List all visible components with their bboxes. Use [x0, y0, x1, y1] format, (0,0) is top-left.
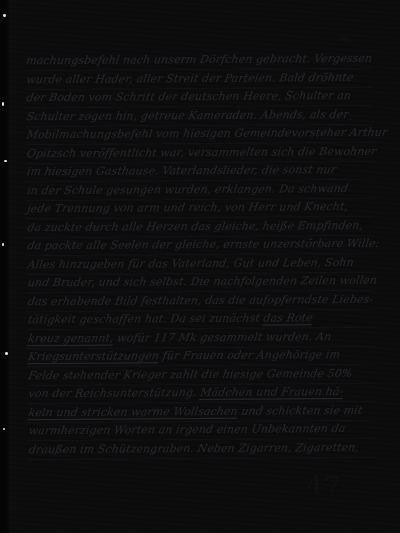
film-speck — [3, 14, 6, 17]
handwriting-segment: und schickten sie mit — [237, 403, 364, 417]
handwriting-segment: da packte alle Seelen der gleiche, ernst… — [27, 237, 381, 252]
handwriting-line: machungsbefehl nach unserm Dörfchen gebr… — [25, 50, 376, 71]
handwriting-segment: Alles hinzugeben für das Vaterland, Gut … — [27, 255, 355, 270]
handwriting-segment: der Boden vom Schritt der deutschen Heer… — [26, 89, 353, 104]
handwriting-segment: das Rote — [262, 311, 313, 324]
handwriting-segment: und Bruder, und sich selbst. Die nachfol… — [27, 274, 378, 289]
handwriting-line: tätigkeit geschaffen hat. Da sei zunächs… — [27, 309, 378, 330]
handwriting-line: Kriegsunterstützungen für Frauen oder An… — [27, 346, 378, 367]
handwriting-segment: in der Schule gesungen wurden, erklangen… — [26, 181, 349, 196]
handwriting-segment: Felde stehender Krieger zahlt die hiesig… — [27, 366, 353, 381]
page-number: 47 — [306, 470, 344, 500]
film-speck — [3, 428, 5, 430]
handwriting-line: kreuz genannt, wofür 117 Mk gesammelt wu… — [27, 327, 378, 348]
handwriting-line: im hiesigen Gasthause. Vaterlandslieder,… — [25, 161, 376, 182]
manuscript-page: machungsbefehl nach unserm Dörfchen gebr… — [0, 0, 400, 533]
handwriting-line: das erhabende Bild festhalten, das die a… — [26, 290, 377, 311]
scanned-book-photo: machungsbefehl nach unserm Dörfchen gebr… — [0, 0, 400, 533]
paper-smudge — [332, 30, 354, 46]
handwriting-segment: Mädchen und Frauen hä- — [199, 385, 344, 399]
handwriting-text-block: machungsbefehl nach unserm Dörfchen gebr… — [25, 50, 376, 459]
handwriting-line: Felde stehender Krieger zahlt die hiesig… — [27, 364, 378, 385]
handwriting-line: Opitzsch veröffentlicht war, versammelte… — [25, 142, 376, 163]
handwriting-segment: Mobilmachungsbefehl vom hiesigen Gemeind… — [26, 126, 389, 142]
handwriting-segment: wurde aller Hader, aller Streit der Part… — [25, 70, 354, 85]
book-gutter-edge — [0, 0, 10, 533]
handwriting-segment: kreuz genannt, — [27, 331, 114, 345]
handwriting-line: in der Schule gesungen wurden, erklangen… — [26, 179, 377, 200]
film-speck — [2, 243, 4, 246]
handwriting-line: jede Trennung von arm und reich, von Her… — [26, 198, 377, 219]
handwriting-segment: im hiesigen Gasthause. Vaterlandslieder,… — [26, 163, 337, 178]
handwriting-line: da packte alle Seelen der gleiche, ernst… — [26, 235, 377, 256]
handwriting-segment: das erhabende Bild festhalten, das die a… — [27, 292, 374, 307]
handwriting-segment: tätigkeit geschaffen hat. Da sei zunächs… — [27, 312, 264, 327]
handwriting-segment: wofür 117 Mk gesammelt wurden. An — [113, 330, 333, 345]
handwriting-segment: machungsbefehl nach unserm Dörfchen gebr… — [25, 52, 373, 67]
handwriting-segment: Opitzsch veröffentlicht war, versammelte… — [26, 144, 378, 159]
handwriting-line: wurde aller Hader, aller Streit der Part… — [25, 68, 376, 89]
handwriting-segment: keln und stricken warme Wollsachen — [28, 404, 239, 418]
handwriting-line: keln und stricken warme Wollsachen und s… — [27, 401, 378, 422]
handwriting-line: draußen im Schützengraben. Neben Zigarre… — [27, 438, 378, 459]
handwriting-segment: jede Trennung von arm und reich, von Her… — [26, 200, 349, 215]
film-speck — [5, 352, 8, 355]
handwriting-segment: warmherzigen Worten an irgend einen Unbe… — [28, 422, 347, 437]
film-speck — [4, 160, 7, 162]
handwriting-line: da zuckte durch alle Herzen das gleiche,… — [26, 216, 377, 237]
handwriting-line: Mobilmachungsbefehl vom hiesigen Gemeind… — [25, 124, 376, 145]
handwriting-segment: von der Reichsunterstützung. — [28, 386, 202, 400]
handwriting-segment: da zuckte durch alle Herzen das gleiche,… — [26, 218, 364, 233]
handwriting-line: und Bruder, und sich selbst. Die nachfol… — [26, 272, 377, 293]
handwriting-segment: für Frauen oder Angehörige im — [158, 348, 341, 362]
handwriting-line: Schulter zogen hin, getreue Kameraden. A… — [25, 105, 376, 126]
handwriting-segment: Schulter zogen hin, getreue Kameraden. A… — [26, 107, 350, 122]
handwriting-segment: Kriegsunterstützungen — [27, 349, 160, 363]
handwriting-line: von der Reichsunterstützung. Mädchen und… — [27, 383, 378, 404]
handwriting-line: Alles hinzugeben für das Vaterland, Gut … — [26, 253, 377, 274]
handwriting-line: der Boden vom Schritt der deutschen Heer… — [25, 87, 376, 108]
film-speck — [2, 102, 4, 106]
handwriting-segment: draußen im Schützengraben. Neben Zigarre… — [28, 440, 360, 455]
handwriting-line: warmherzigen Worten an irgend einen Unbe… — [27, 420, 378, 441]
